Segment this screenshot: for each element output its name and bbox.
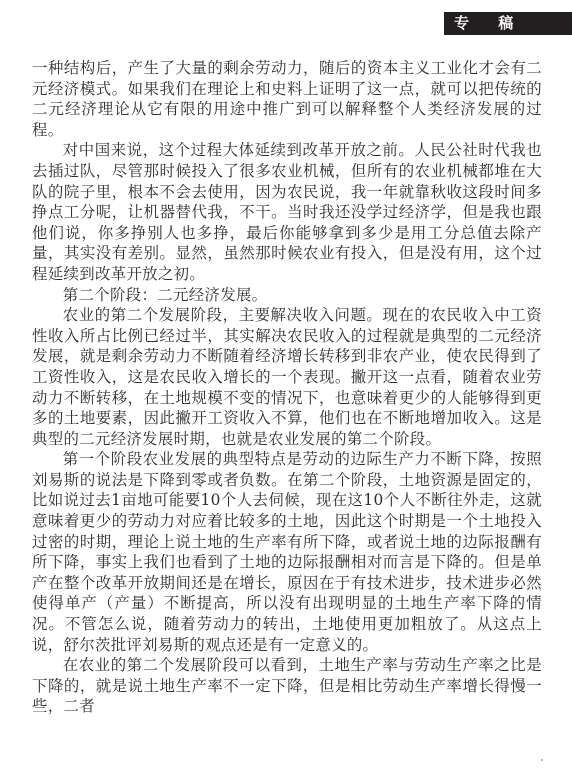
section-header-bar: 专 稿 <box>444 12 572 35</box>
paragraph: 一种结构后，产生了大量的剩余劳动力，随后的资本主义工业化才会有二元经济模式。如果… <box>32 58 542 140</box>
paragraph: 对中国来说，这个过程大体延续到改革开放之前。人民公社时代我也去插过队，尽管那时候… <box>32 140 542 284</box>
paragraph: 在农业的第二个发展阶段可以看到，土地生产率与劳动生产率之比是下降的，就是说土地生… <box>32 655 542 717</box>
subheading-paragraph: 第二个阶段：二元经济发展。 <box>32 285 542 306</box>
paragraph: 第一个阶段农业发展的典型特点是劳动的边际生产力不断下降，按照刘易斯的说法是下降到… <box>32 449 542 655</box>
article-body: 一种结构后，产生了大量的剩余劳动力，随后的资本主义工业化才会有二元经济模式。如果… <box>32 58 542 717</box>
section-label: 专 稿 <box>444 12 525 35</box>
page-corner-mark <box>541 759 543 761</box>
paragraph: 农业的第二个发展阶段，主要解决收入问题。现在的农民收入中工资性收入所占比例已经过… <box>32 305 542 449</box>
